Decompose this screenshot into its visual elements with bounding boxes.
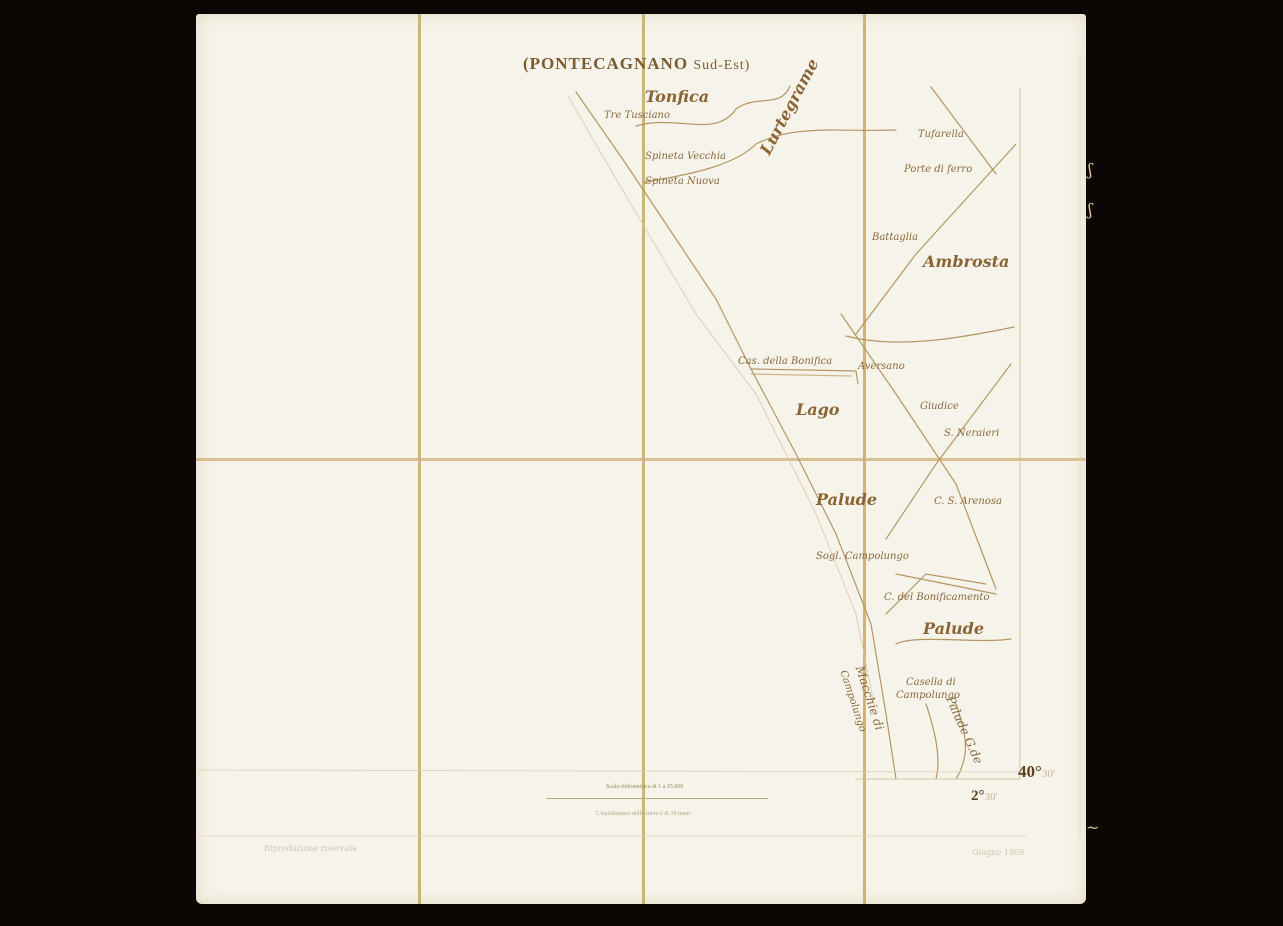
latitude-degrees: 40° xyxy=(1018,762,1042,781)
thread-decoration: ~ xyxy=(1086,818,1099,837)
scale-note: L'equidistanza delle curve è di 10 metri xyxy=(596,811,691,817)
map-title: (PONTECAGNANO Sud-Est) xyxy=(523,54,750,74)
place-label: Tonfica xyxy=(645,87,709,106)
longitude-label: 2°30' xyxy=(971,788,997,805)
place-label: Aversano xyxy=(858,361,905,372)
place-label: Lago xyxy=(796,400,839,419)
latitude-minutes: 30' xyxy=(1042,768,1055,780)
place-label: Sogl. Campolungo xyxy=(816,551,909,562)
place-label: Palude xyxy=(923,619,984,638)
footer-right: Giugno 1869 xyxy=(972,848,1024,857)
place-label: Battaglia xyxy=(872,232,918,243)
longitude-degrees: 2° xyxy=(971,788,985,804)
place-label: Porte di ferro xyxy=(904,164,972,175)
place-label: Palude xyxy=(816,490,877,509)
thread-decoration: ʃ xyxy=(1088,160,1092,179)
latitude-label: 40°30' xyxy=(1018,762,1055,782)
place-label: S. Neraieri xyxy=(944,428,999,439)
place-label: Spineta Vecchia xyxy=(645,151,726,162)
place-label: Casella di xyxy=(906,677,956,688)
thread-decoration: ʃ xyxy=(1088,200,1092,219)
map-sheet: (PONTECAGNANO Sud-Est) TonficaTre Tuscia… xyxy=(196,14,1086,904)
place-label: Cas. della Bonifica xyxy=(738,356,832,367)
place-label: Tufarella xyxy=(918,129,964,140)
place-label: C. S. Arenosa xyxy=(934,496,1002,507)
place-label: Giudice xyxy=(920,401,959,412)
place-label: Tre Tusciano xyxy=(604,110,670,121)
map-drawing xyxy=(196,14,1086,904)
scale-title: Scala chilometrica di 1 a 25.000 xyxy=(606,784,683,790)
footer-left: Riproduzione riservata xyxy=(264,844,357,853)
place-label: C. del Bonificamento xyxy=(884,592,989,603)
title-text: (PONTECAGNANO xyxy=(523,54,688,73)
longitude-minutes: 30' xyxy=(985,791,998,803)
scale-bar xyxy=(546,794,768,799)
title-suffix: Sud-Est) xyxy=(693,58,750,73)
place-label: Spineta Nuova xyxy=(645,176,720,187)
place-label: Ambrosta xyxy=(923,252,1009,271)
